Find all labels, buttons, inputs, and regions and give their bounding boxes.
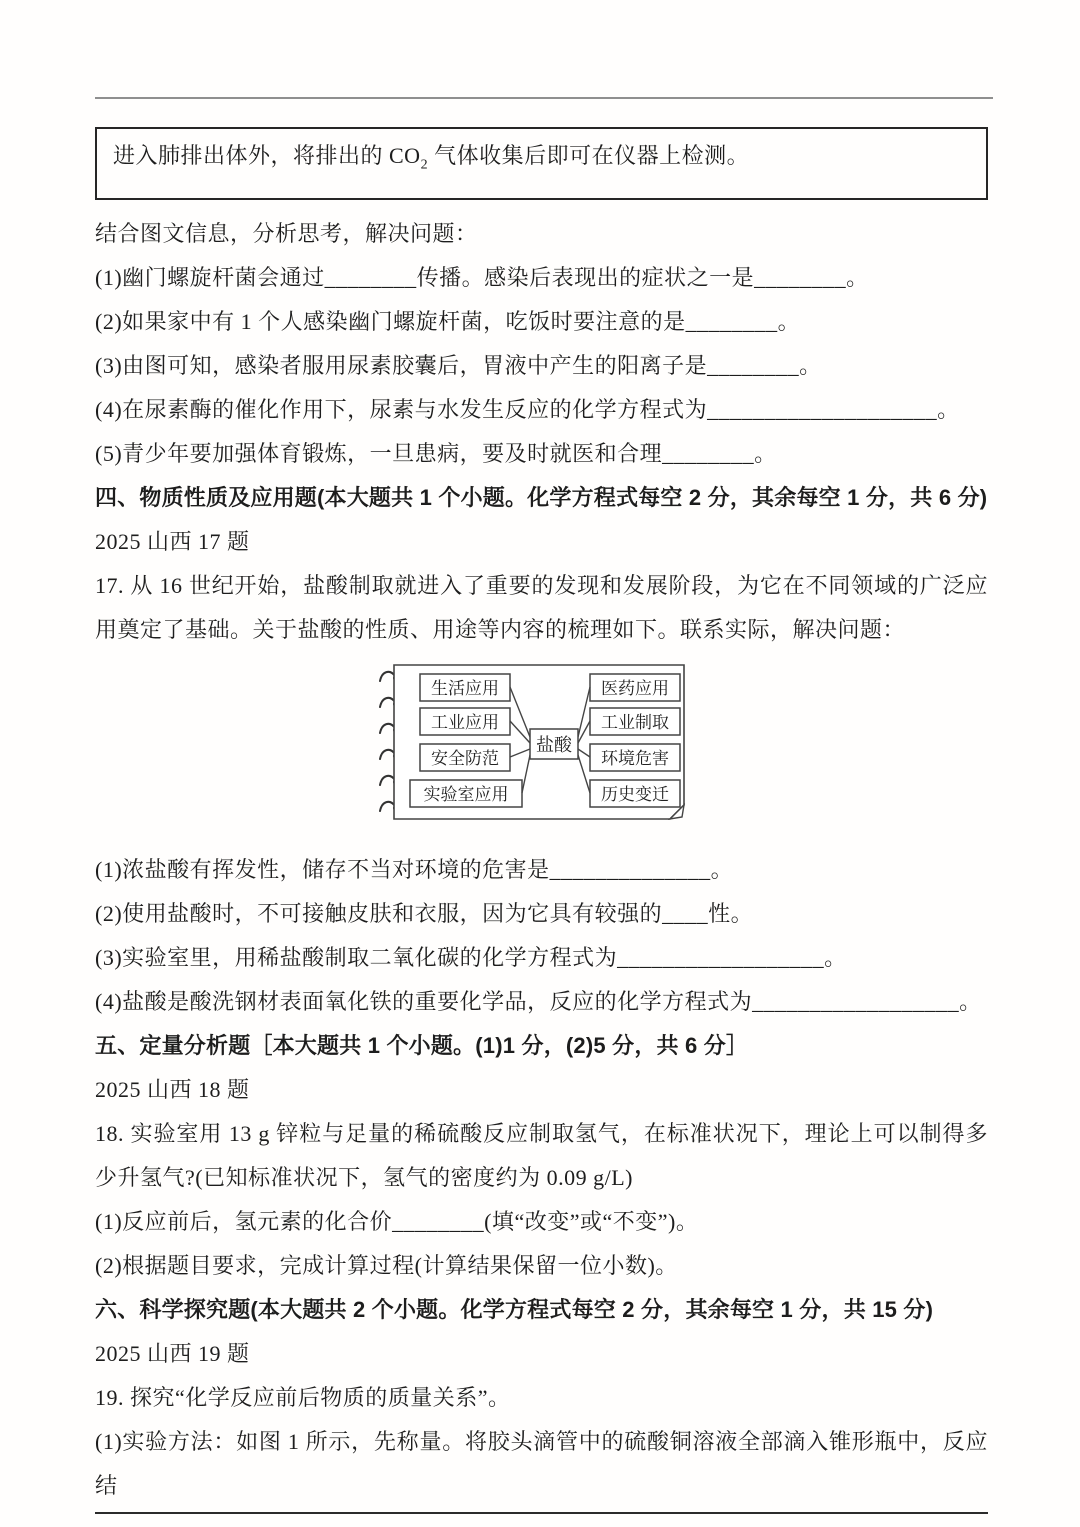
concept-label-environment-hazard: 环境危害 bbox=[601, 749, 669, 768]
question-17-sub1: (1)浓盐酸有挥发性，储存不当对环境的危害是______________。 bbox=[95, 848, 988, 892]
top-divider bbox=[95, 97, 993, 99]
concept-label-medical-use: 医药应用 bbox=[601, 679, 669, 698]
question-16-sub1: (1)幽门螺旋杆菌会通过________传播。感染后表现出的症状之一是_____… bbox=[95, 256, 988, 300]
text-block-before-diagram: 结合图文信息，分析思考，解决问题：(1)幽门螺旋杆菌会通过________传播。… bbox=[95, 212, 988, 652]
exam-page: 进入肺排出体外，将排出的 CO2 气体收集后即可在仪器上检测。 结合图文信息，分… bbox=[0, 0, 1080, 1527]
question-16-sub5: (5)青少年要加强体育锻炼，一旦患病，要及时就医和合理________。 bbox=[95, 432, 988, 476]
page-content: 进入肺排出体外，将排出的 CO2 气体收集后即可在仪器上检测。 结合图文信息，分… bbox=[95, 127, 988, 1514]
question-18-sub1: (1)反应前后，氢元素的化合价________(填“改变”或“不变”)。 bbox=[95, 1200, 988, 1244]
concept-label-safety: 安全防范 bbox=[431, 749, 499, 768]
concept-label-industry-use: 工业应用 bbox=[431, 713, 499, 732]
note-text-post: 气体收集后即可在仪器上检测。 bbox=[428, 143, 749, 168]
question-16-sub4: (4)在尿素酶的催化作用下，尿素与水发生反应的化学方程式为___________… bbox=[95, 388, 988, 432]
concept-label-center: 盐酸 bbox=[536, 735, 573, 755]
question-16-sub2: (2)如果家中有 1 个人感染幽门螺旋杆菌，吃饭时要注意的是________。 bbox=[95, 300, 988, 344]
question-16-sub3: (3)由图可知，感染者服用尿素胶囊后，胃液中产生的阳离子是________。 bbox=[95, 344, 988, 388]
question-18-sub2: (2)根据题目要求，完成计算过程(计算结果保留一位小数)。 bbox=[95, 1244, 988, 1288]
concept-label-lab-use: 实验室应用 bbox=[423, 785, 508, 804]
section-heading-5: 五、定量分析题［本大题共 1 个小题。(1)1 分，(2)5 分，共 6 分］ bbox=[95, 1024, 988, 1068]
question-17-stem: 17. 从 16 世纪开始，盐酸制取就进入了重要的发现和发展阶段，为它在不同领域… bbox=[95, 564, 988, 652]
question-19-stem: 19. 探究“化学反应前后物质的质量关系”。 bbox=[95, 1376, 988, 1420]
question-17-sub2: (2)使用盐酸时，不可接触皮肤和衣服，因为它具有较强的____性。 bbox=[95, 892, 988, 936]
source-tag-17: 2025 山西 17 题 bbox=[95, 520, 988, 564]
co2-subscript: 2 bbox=[421, 157, 429, 172]
concept-label-history: 历史变迁 bbox=[601, 785, 669, 804]
source-tag-18: 2025 山西 18 题 bbox=[95, 1068, 988, 1112]
section-heading-6: 六、科学探究题(本大题共 2 个小题。化学方程式每空 2 分，其余每空 1 分，… bbox=[95, 1288, 988, 1332]
diagram-wrap: 生活应用 工业应用 安全防范 实验室应用 盐酸 医药应用 工业制取 环境危害 历… bbox=[95, 656, 988, 842]
question-18-stem: 18. 实验室用 13 g 锌粒与足量的稀硫酸反应制取氢气，在标准状况下，理论上… bbox=[95, 1112, 988, 1200]
question-17-sub3: (3)实验室里，用稀盐酸制取二氧化碳的化学方程式为_______________… bbox=[95, 936, 988, 980]
instruction-line: 结合图文信息，分析思考，解决问题： bbox=[95, 212, 988, 256]
question-19-sub1: (1)实验方法：如图 1 所示，先称量。将胶头滴管中的硫酸铜溶液全部滴入锥形瓶中… bbox=[95, 1420, 988, 1514]
hydrochloric-acid-concept-map: 生活应用 工业应用 安全防范 实验室应用 盐酸 医药应用 工业制取 环境危害 历… bbox=[376, 659, 708, 839]
concept-label-life-use: 生活应用 bbox=[431, 679, 499, 698]
note-text-pre: 进入肺排出体外，将排出的 CO bbox=[113, 143, 421, 168]
note-box: 进入肺排出体外，将排出的 CO2 气体收集后即可在仪器上检测。 bbox=[95, 127, 988, 200]
question-17-sub4: (4)盐酸是酸洗钢材表面氧化铁的重要化学品，反应的化学方程式为_________… bbox=[95, 980, 988, 1024]
section-heading-4: 四、物质性质及应用题(本大题共 1 个小题。化学方程式每空 2 分，其余每空 1… bbox=[95, 476, 988, 520]
concept-label-industrial-production: 工业制取 bbox=[601, 713, 669, 732]
source-tag-19: 2025 山西 19 题 bbox=[95, 1332, 988, 1376]
text-block-after-diagram: (1)浓盐酸有挥发性，储存不当对环境的危害是______________。(2)… bbox=[95, 848, 988, 1514]
